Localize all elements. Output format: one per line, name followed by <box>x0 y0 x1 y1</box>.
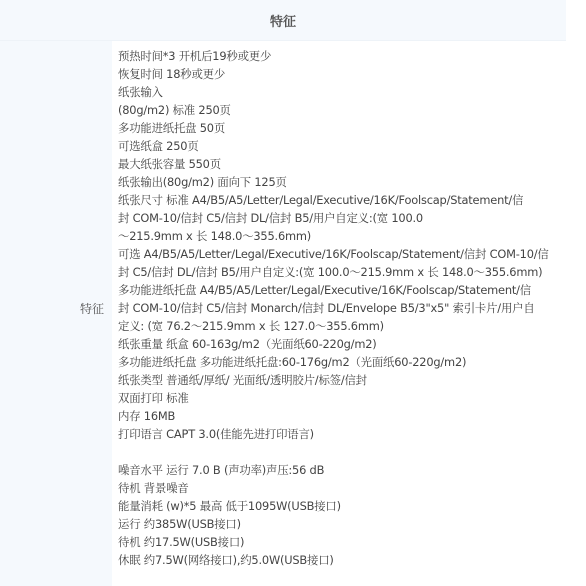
spec-line: 封 C5/信封 DL/信封 B5/用户自定义:(宽 100.0～215.9mm … <box>118 263 568 281</box>
spec-line: (80g/m2) 标准 250页 <box>118 101 568 119</box>
spec-line: 休眠 约7.5W(网络接口),约5.0W(USB接口) <box>118 551 568 569</box>
spec-line: 打印语言 CAPT 3.0(佳能先进打印语言) <box>118 425 568 443</box>
spec-line: 双面打印 标准 <box>118 389 568 407</box>
spec-line: 能量消耗 (w)*5 最高 低于1095W(USB接口) <box>118 497 568 515</box>
spec-line: 纸张尺寸 标准 A4/B5/A5/Letter/Legal/Executive/… <box>118 191 568 209</box>
spec-list: 预热时间*3 开机后19秒或更少 恢复时间 18秒或更少 纸张输入 (80g/m… <box>118 47 568 569</box>
spec-line: 多功能进纸托盘 多功能进纸托盘:60-176g/m2（光面纸60-220g/m2… <box>118 353 568 371</box>
spec-line: 噪音水平 运行 7.0 B (声功率)声压:56 dB <box>118 461 568 479</box>
spec-line: 定义: (宽 76.2～215.9mm x 长 127.0～355.6mm) <box>118 317 568 335</box>
spec-line: 恢复时间 18秒或更少 <box>118 65 568 83</box>
spec-line: 纸张输入 <box>118 83 568 101</box>
spec-line: 待机 约17.5W(USB接口) <box>118 533 568 551</box>
spec-line: 封 COM-10/信封 C5/信封 Monarch/信封 DL/Envelope… <box>118 299 568 317</box>
spec-line: 待机 背景噪音 <box>118 479 568 497</box>
spec-line: 多功能进纸托盘 A4/B5/A5/Letter/Legal/Executive/… <box>118 281 568 299</box>
spec-line: 纸张重量 纸盒 60-163g/m2（光面纸60-220g/m2) <box>118 335 568 353</box>
label-column <box>0 0 112 586</box>
spec-line: 纸张输出(80g/m2) 面向下 125页 <box>118 173 568 191</box>
table-header: 特征 <box>0 0 566 41</box>
spec-line: 内存 16MB <box>118 407 568 425</box>
spec-line: 封 COM-10/信封 C5/信封 DL/信封 B5/用户自定义:(宽 100.… <box>118 209 568 227</box>
spec-line: 预热时间*3 开机后19秒或更少 <box>118 47 568 65</box>
spec-line <box>118 443 568 461</box>
spec-line: ～215.9mm x 长 148.0～355.6mm) <box>118 227 568 245</box>
row-label: 特征 <box>80 300 104 317</box>
spec-line: 可选纸盒 250页 <box>118 137 568 155</box>
spec-line: 运行 约385W(USB接口) <box>118 515 568 533</box>
spec-line: 可选 A4/B5/A5/Letter/Legal/Executive/16K/F… <box>118 245 568 263</box>
spec-line: 多功能进纸托盘 50页 <box>118 119 568 137</box>
header-title: 特征 <box>0 11 566 30</box>
spec-line: 最大纸张容量 550页 <box>118 155 568 173</box>
spec-line: 纸张类型 普通纸/厚纸/ 光面纸/透明胶片/标签/信封 <box>118 371 568 389</box>
